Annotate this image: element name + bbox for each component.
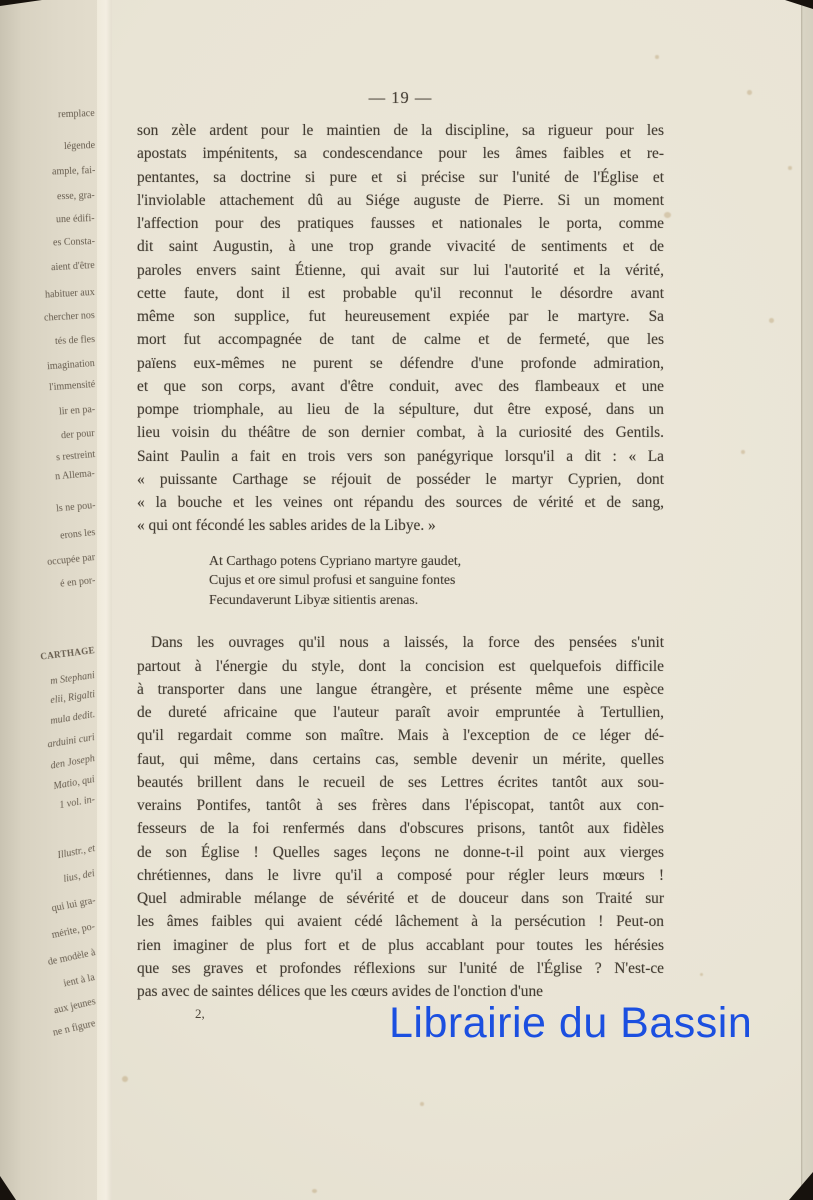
gutter-fragment: ample, fai- — [52, 165, 96, 178]
gutter-fragment: arduini curi — [47, 732, 96, 750]
text-line: Cujus et ore simul profusi et sanguine f… — [209, 570, 664, 590]
text-line: cette faute, dont il est probable qu'il … — [137, 282, 664, 305]
text-line: At Carthago potens Cypriano martyre gaud… — [209, 551, 664, 571]
gutter-fragment: é en por- — [59, 575, 95, 590]
facing-page-edge: remplacelégendeample, fai-esse, gra-une … — [0, 0, 100, 1200]
text-line: fesseurs de la foi renfermés dans d'obsc… — [137, 817, 664, 840]
text-line: de son Église ! Quelles sages leçons ne … — [137, 841, 664, 864]
gutter-fragment: mula dedit. — [50, 709, 96, 727]
gutter-fragment: imagination — [47, 358, 95, 372]
gutter-fragment: de modèle à — [47, 947, 97, 968]
gutter-fragment: aux jeunes — [52, 996, 96, 1016]
text-line: de dureté africaine que l'auteur paraît … — [137, 701, 664, 724]
text-line: Quel admirable mélange de sévérité et de… — [137, 887, 664, 910]
text-line: mort fut accompagnée de tant de calme et… — [137, 328, 664, 351]
gutter-fragment: erons les — [59, 527, 95, 542]
text-line: « qui ont fécondé les sables arides de l… — [137, 514, 664, 537]
text-line: faut, qui même, dans certains cas, sembl… — [137, 748, 664, 771]
gutter-fragment: remplace — [58, 108, 95, 120]
gutter-fragment: m Stephani — [50, 670, 96, 687]
gutter-fragment: mérite, po- — [51, 921, 96, 941]
gutter-fragment: aient d'être — [51, 260, 95, 273]
foxing-spot — [420, 1102, 424, 1106]
text-line: pompe triomphale, au lieu de la sépultur… — [137, 398, 664, 421]
text-line: les âmes faibles qui avaient cédé lâchem… — [137, 910, 664, 933]
gutter-fragment: lir en pa- — [59, 404, 96, 417]
text-line: rien imaginer de plus fort et de plus ac… — [137, 934, 664, 957]
foxing-spot — [664, 212, 671, 218]
foxing-spot — [769, 318, 774, 323]
gutter-fragment: der pour — [61, 428, 95, 441]
gutter-fragment: qui lui gra- — [50, 895, 96, 914]
text-line: et que son corps, avant d'être conduit, … — [137, 375, 664, 398]
text-line: pentantes, sa doctrine si pure et si pré… — [137, 166, 664, 189]
gutter-fragment: Illustr., et — [57, 843, 96, 861]
foxing-spot — [747, 90, 752, 95]
paragraph-cyprien-martyre: son zèle ardent pour le maintien de la d… — [137, 119, 664, 538]
bookseller-watermark: Librairie du Bassin — [389, 999, 752, 1048]
text-line: « puissante Carthage se réjouit de possé… — [137, 468, 664, 491]
gutter-fragment: une édifi- — [56, 213, 95, 225]
text-line: qu'il regardait comme son maître. Mais à… — [137, 724, 664, 747]
page-right-edge — [801, 0, 813, 1200]
foxing-spot — [741, 450, 745, 454]
text-line: chrétiennes, dans le livre qu'il a compo… — [137, 864, 664, 887]
gutter-fragment: esse, gra- — [57, 190, 95, 202]
gutter-fragment: CARTHAGE — [40, 645, 96, 662]
gutter-fragment: es Consta- — [53, 236, 95, 248]
text-line: Fecundaverunt Libyæ sitientis arenas. — [209, 590, 664, 610]
text-block: son zèle ardent pour le maintien de la d… — [137, 119, 664, 1022]
paragraph-ouvrages: Dans les ouvrages qu'il nous a laissés, … — [137, 631, 664, 1003]
text-line: Dans les ouvrages qu'il nous a laissés, … — [137, 631, 664, 654]
text-line: païens eux-mêmes ne purent se défendre d… — [137, 352, 664, 375]
text-line: dit saint Augustin, à une trop grande vi… — [137, 235, 664, 258]
text-line: partout à l'énergie du style, dont la co… — [137, 655, 664, 678]
text-line: son zèle ardent pour le maintien de la d… — [137, 119, 664, 142]
gutter-fragment: lius, dei — [63, 868, 96, 885]
gutter-fragment: ient à la — [63, 972, 96, 989]
foxing-spot — [655, 55, 659, 59]
gutter-fragment: n Allema- — [55, 468, 96, 482]
foxing-spot — [788, 166, 792, 170]
text-line: que ses graves et profondes réflexions s… — [137, 957, 664, 980]
gutter-fragment: den Joseph — [50, 753, 96, 772]
gutter-fragment: habituer aux — [45, 287, 95, 301]
gutter-fragment: ne n figure — [52, 1018, 97, 1038]
gutter-fragment: légende — [64, 140, 95, 152]
gutter-fragment: s restreint — [56, 449, 96, 463]
text-line: verains Pontifes, tantôt à ses frères da… — [137, 794, 664, 817]
text-line: beautés brillent dans le recueil de ses … — [137, 771, 664, 794]
gutter-fragment: ls ne pou- — [55, 500, 95, 514]
page-number: — 19 — — [137, 88, 664, 108]
text-line: à transporter dans une langue étrangère,… — [137, 678, 664, 701]
gutter-fragment: l'immensité — [48, 379, 95, 393]
text-line: Saint Paulin a fait en trois vers son pa… — [137, 445, 664, 468]
text-line: apostats impénitents, sa condescendance … — [137, 142, 664, 165]
text-line: l'affection pour des pratiques fausses e… — [137, 212, 664, 235]
text-line: paroles envers saint Étienne, qui avait … — [137, 259, 664, 282]
foxing-spot — [700, 973, 703, 976]
text-line: « la bouche et les veines ont répandu de… — [137, 491, 664, 514]
gutter-fragment: occupée par — [47, 552, 96, 568]
gutter-fragment: elii, Rigalti — [50, 689, 96, 706]
foxing-spot — [122, 1076, 128, 1082]
gutter-fragment: 1 vol. in- — [59, 794, 96, 811]
text-line: même son supplice, fut heureusement expi… — [137, 305, 664, 328]
gutter-fragment: tés de fles — [55, 334, 96, 347]
latin-verse: At Carthago potens Cypriano martyre gaud… — [209, 551, 664, 610]
foxing-spot — [312, 1189, 317, 1193]
book-photo: remplacelégendeample, fai-esse, gra-une … — [0, 0, 813, 1200]
gutter-fragment: chercher nos — [44, 310, 95, 324]
text-line: l'inviolable attachement dû au Siége aug… — [137, 189, 664, 212]
text-line: lieu voisin du théâtre de son dernier co… — [137, 421, 664, 444]
gutter-fragment: Matio, qui — [53, 774, 96, 792]
